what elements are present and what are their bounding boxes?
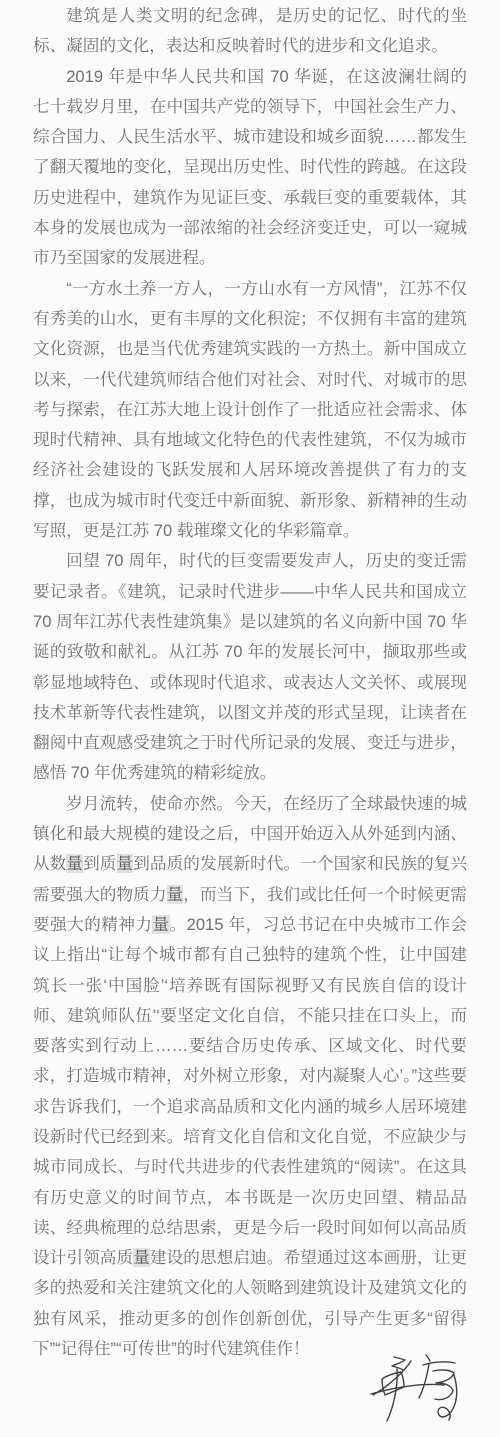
preface-text: 建筑是人类文明的纪念碑，是历史的记忆、时代的坐标、凝固的文化，表达和反映着时代的…	[0, 0, 500, 1364]
paragraph: 岁月流转，使命亦然。今天，在经历了全球最快速的城镇化和最大规模的建设之后，中国开…	[33, 789, 467, 1365]
paragraph: 建筑是人类文明的纪念碑，是历史的记忆、时代的坐标、凝固的文化，表达和反映着时代的…	[33, 1, 467, 62]
paragraph: 2019 年是中华人民共和国 70 华诞，在这波澜壮阔的七十载岁月里，在中国共产…	[33, 62, 467, 274]
substituted-glyph: 量	[117, 854, 134, 873]
substituted-glyph: 量	[133, 1248, 150, 1267]
preface-page: 建筑是人类文明的纪念碑，是历史的记忆、时代的坐标、凝固的文化，表达和反映着时代的…	[0, 0, 500, 1437]
paragraph: 回望 70 周年，时代的巨变需要发声人，历史的变迁需要记录者。《建筑，记录时代进…	[33, 546, 467, 788]
substituted-glyph: 量	[152, 915, 169, 934]
substituted-glyph: 量	[66, 854, 83, 873]
paragraph: “一方水土养一方人，一方山水有一方风情”，江苏不仅有秀美的山水，更有丰厚的文化积…	[33, 274, 467, 547]
handwritten-signature-icon	[368, 1350, 464, 1432]
substituted-glyph: 量	[167, 885, 184, 904]
